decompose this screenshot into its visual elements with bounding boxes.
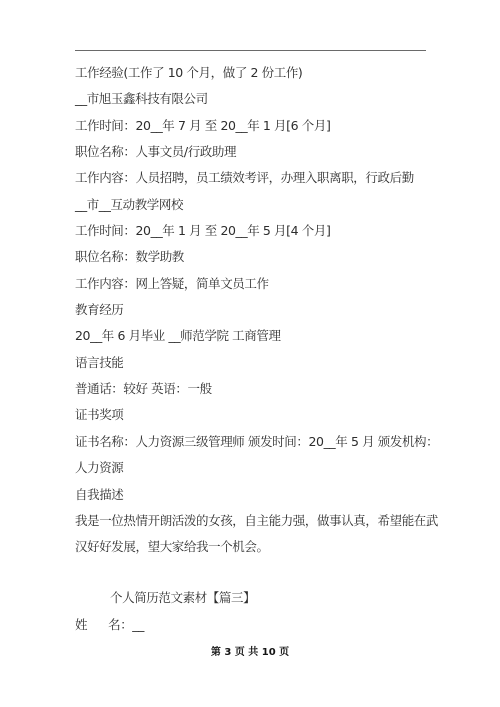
name-label: 姓 [75,617,87,632]
text-line: __市__互动教学网校 [75,192,435,218]
text-line: 工作内容：人员招聘，员工绩效考评，办理入职离职，行政后勤 [75,165,435,191]
section-heading: 自我描述 [75,482,435,508]
text-line: 汉好好发展，望大家给我一个机会。 [75,534,435,560]
text-line: 工作时间：20__年 7 月 至 20__年 1 月[6 个月] [75,113,435,139]
document-body: 工作经验(工作了 10 个月，做了 2 份工作) __市旭玉鑫科技有限公司 工作… [75,60,435,561]
text-line: 工作时间：20__年 1 月 至 20__年 5 月[4 个月] [75,218,435,244]
text-line: 工作经验(工作了 10 个月，做了 2 份工作) [75,60,435,86]
text-line: 20__年 6 月毕业 __师范学院 工商管理 [75,323,435,349]
page-number: 第 3 页 共 10 页 [0,646,500,660]
text-line: 普通话：较好 英语：一般 [75,376,435,402]
text-line: 证书名称：人力资源三级管理师 颁发时间：20__年 5 月 颁发机构： [75,429,435,455]
text-line: 我是一位热情开朗活泼的女孩，自主能力强，做事认真，希望能在武 [75,508,435,534]
text-line: 职位名称：数学助教 [75,244,435,270]
section-heading: 语言技能 [75,350,435,376]
document-page: 工作经验(工作了 10 个月，做了 2 份工作) __市旭玉鑫科技有限公司 工作… [0,0,500,707]
text-line: 工作内容：网上答疑，简单文员工作 [75,271,435,297]
text-line: 人力资源 [75,455,435,481]
name-field-line: 姓名：__ [75,612,144,638]
text-line: 职位名称：人事文员/行政助理 [75,139,435,165]
section-heading: 证书奖项 [75,402,435,428]
section-heading: 教育经历 [75,297,435,323]
next-section-title: 个人简历范文素材【篇三】 [110,585,255,611]
separator-line [75,50,426,51]
text-line: __市旭玉鑫科技有限公司 [75,86,435,112]
name-value-blank: 名：__ [108,617,144,632]
